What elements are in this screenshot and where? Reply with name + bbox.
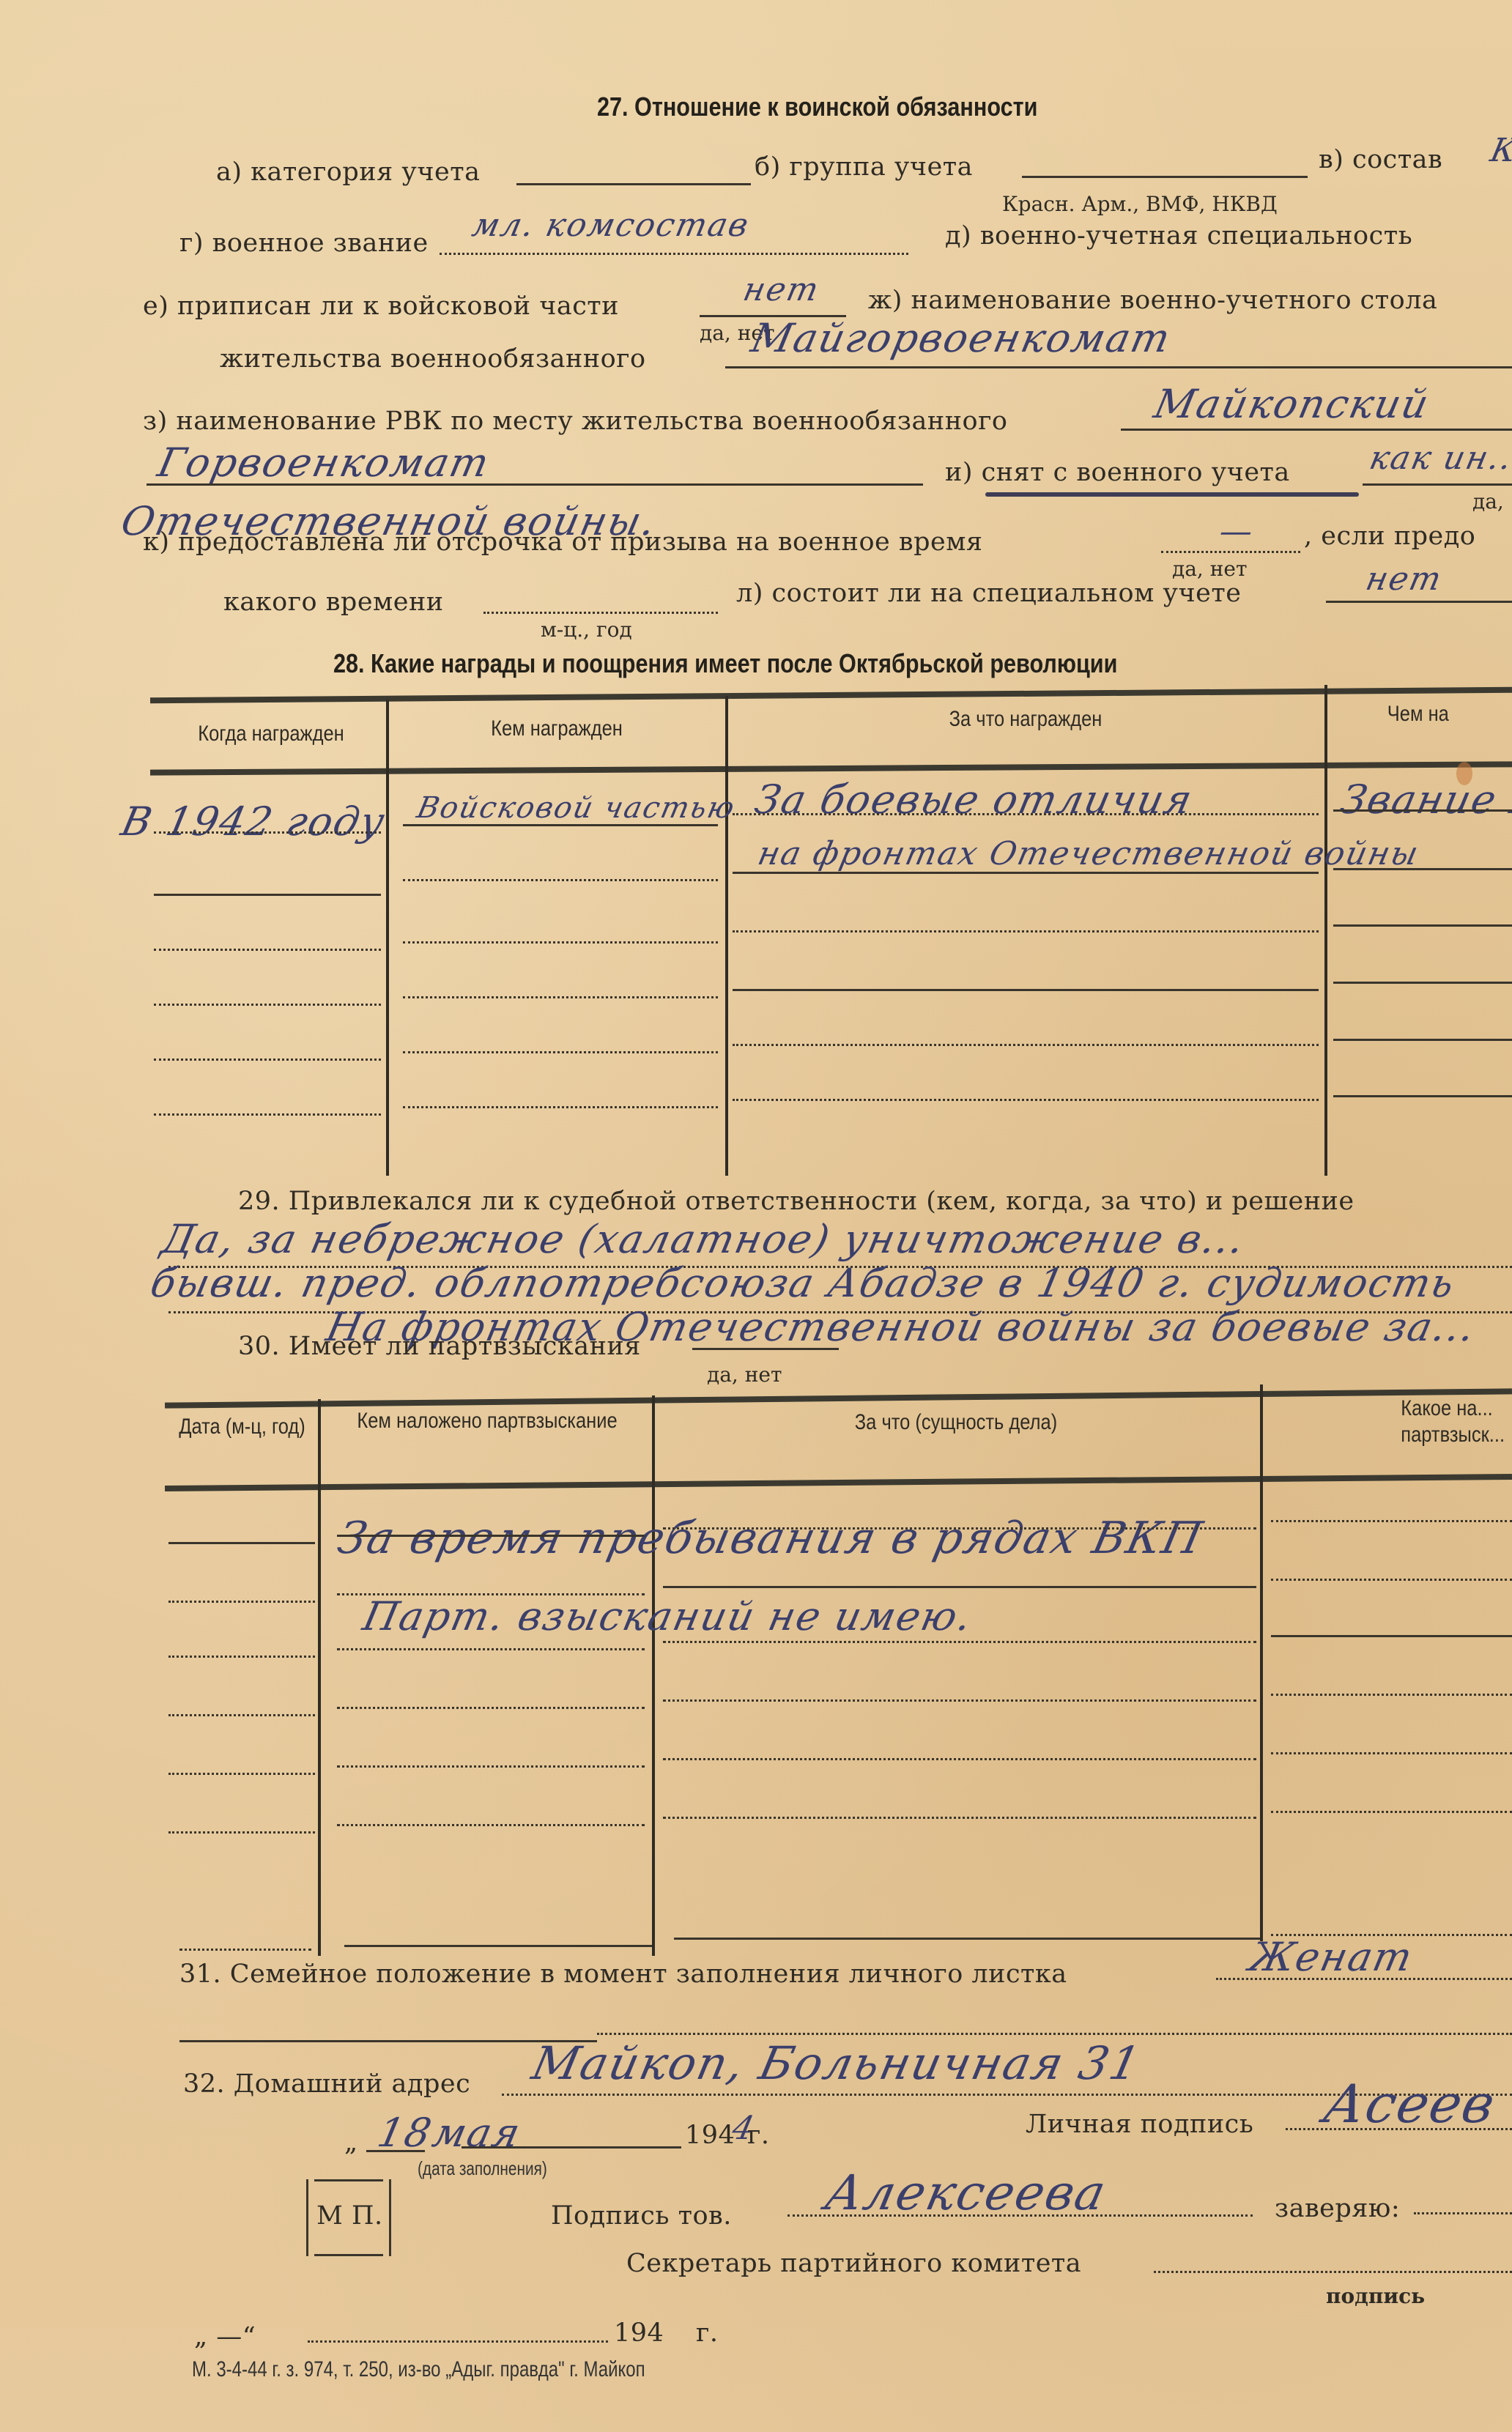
label-deferment: к) предоставлена ли отсрочка от призыва …	[143, 527, 983, 557]
label-military-desk: ж) наименование военно-учетного стола	[868, 286, 1437, 315]
document-page: 27. Отношение к воинской обязанности а) …	[0, 0, 1512, 2432]
value-signature-tov: Алексеева	[820, 2165, 1112, 2221]
table-30-top-rule	[165, 1388, 1512, 1408]
caption-party-penalties: да, нет	[707, 1363, 782, 1387]
label-certify: заверяю:	[1275, 2194, 1400, 2223]
blank-date-year: 194	[614, 2318, 664, 2348]
date-suffix: г.	[747, 2121, 769, 2150]
table-30-col-divider-2	[652, 1395, 655, 1956]
table-28-header-award: Чем на	[1387, 702, 1502, 727]
table-30-rowline	[663, 1758, 1256, 1760]
stamp-label: М П.	[316, 2201, 383, 2231]
table-28-col-divider-1	[386, 700, 389, 1176]
table-28-rowline	[154, 1059, 381, 1061]
caption-since-when: м-ц., год	[541, 618, 632, 642]
field-rvk-line2[interactable]	[147, 483, 923, 486]
table-28-rowline	[733, 989, 1319, 991]
table-28-rowline	[154, 1113, 381, 1116]
section-29-title: 29. Привлекался ли к судебной ответствен…	[238, 1187, 1354, 1216]
table-28-rowline	[154, 894, 381, 896]
table-30-header-date: Дата (м-ц, год)	[178, 1414, 305, 1440]
section-31-line2b	[597, 2033, 1512, 2035]
table-28-top-rule	[150, 687, 1512, 704]
table-28-rowline	[154, 1004, 381, 1006]
table-30-rowline	[663, 1817, 1256, 1819]
field-deferment[interactable]	[1161, 551, 1300, 553]
value-deferment: —	[1216, 513, 1258, 550]
label-group: б) группа учета	[755, 152, 973, 182]
value-unit-assigned: нет	[740, 271, 823, 308]
handwritten-underline	[985, 492, 1359, 497]
label-personal-signature: Личная подпись	[1026, 2110, 1253, 2139]
caption-deferment: да, нет	[1172, 557, 1247, 581]
section-29-answer-line2: бывш. пред. облпотребсоюза Абадзе в 1940…	[147, 1260, 1459, 1306]
table-30-rowline	[337, 1648, 645, 1650]
value-family-status: Женат	[1245, 1934, 1417, 1980]
table-30-rowline	[663, 1699, 1256, 1702]
label-party-secretary: Секретарь партийного комитета	[626, 2249, 1081, 2278]
caption-signature: подпись	[1326, 2284, 1425, 2308]
table-28-cell-award: Звание К	[1337, 776, 1512, 823]
field-certify[interactable]	[1414, 2212, 1512, 2214]
print-info: М. 3-4-44 г. з. 974, т. 250, из-во „Адыг…	[192, 2357, 645, 2382]
table-30-rowline	[1271, 1520, 1512, 1522]
table-28-rowline	[1333, 868, 1512, 870]
label-rvk: з) наименование РВК по месту жительства …	[143, 407, 1008, 436]
field-military-desk[interactable]	[725, 366, 1512, 368]
label-deferment-tail: , если предо	[1304, 522, 1475, 551]
table-30-rowline	[168, 1656, 315, 1658]
table-30-rowline	[1271, 1635, 1512, 1637]
section-32-title: 32. Домашний адрес	[183, 2069, 470, 2099]
table-30-rowline	[337, 1707, 645, 1709]
table-30-rowline	[663, 1641, 1256, 1643]
table-30-rowline	[168, 1601, 315, 1603]
table-28-rowline	[1333, 982, 1512, 984]
table-30-answer-line2: Парт. взысканий не имею.	[359, 1593, 977, 1639]
table-28-rowline	[733, 930, 1319, 933]
table-30-rowline	[168, 1714, 315, 1716]
table-28-cell-by-whom: Войсковой частью	[414, 791, 738, 825]
caption-sostav: Красн. Арм., ВМФ, НКВД	[1002, 192, 1278, 216]
date-year-prefix: 194	[685, 2121, 735, 2150]
value-special-registry: нет	[1363, 560, 1446, 598]
table-28-cell-for-what-line2: на фронтах Отечественной войны	[755, 835, 1423, 872]
label-unit-assigned: е) приписан ли к войсковой части	[143, 292, 619, 321]
table-30-rowline	[663, 1527, 1256, 1530]
label-since-when: какого времени	[223, 587, 444, 617]
table-30-rowline	[1271, 1694, 1512, 1696]
field-category[interactable]	[516, 183, 751, 185]
field-rank[interactable]	[440, 253, 908, 255]
field-date-month[interactable]	[462, 2146, 681, 2149]
table-28-header-when: Когда награжден	[171, 722, 371, 746]
table-30-rowline	[179, 1949, 311, 1951]
value-sostav: К	[1487, 132, 1512, 169]
table-28-col-divider-2	[725, 696, 728, 1176]
table-30-rowline	[1271, 1811, 1512, 1813]
table-30-col-divider-3	[1260, 1384, 1263, 1941]
table-28-cell-when: В 1942 году	[117, 798, 390, 845]
field-rvk[interactable]	[1121, 429, 1512, 431]
table-30-answer-line1: За время пребывания в рядах ВКП	[333, 1513, 1208, 1564]
table-28-rowline	[1333, 809, 1512, 812]
section-31-title: 31. Семейное положение в момент заполнен…	[179, 1960, 1067, 1989]
table-28-rowline	[1333, 1095, 1512, 1097]
table-28-rowline	[733, 1044, 1319, 1046]
table-30-rowline	[344, 1945, 652, 1947]
label-sostav: в) состав	[1319, 145, 1442, 174]
table-28-header-rule	[150, 761, 1512, 775]
blank-date-quote: „ —“	[194, 2322, 256, 2351]
field-since-when[interactable]	[483, 612, 718, 614]
label-deregistered: и) снят с военного учета	[945, 458, 1290, 487]
table-28-rowline	[1333, 924, 1512, 927]
table-28-rowline	[733, 813, 1319, 815]
table-28-rowline	[733, 872, 1319, 874]
label-category: а) категория учета	[216, 157, 481, 187]
table-30-rowline	[1271, 1579, 1512, 1581]
field-party-penalties[interactable]	[692, 1348, 839, 1350]
table-28-rowline	[154, 831, 381, 834]
table-30-header-rule	[165, 1474, 1512, 1491]
table-28-rowline	[1333, 1039, 1512, 1041]
table-30-rowline	[168, 1542, 315, 1544]
table-30-rowline	[168, 1773, 315, 1775]
value-military-desk: Майгорвоенкомат	[747, 315, 1175, 361]
section-30-title: 30. Имеет ли партвзыскания	[238, 1332, 641, 1361]
section-29-answer-line1: Да, за небрежное (халатное) уничтожение …	[157, 1216, 1250, 1262]
table-30-rowline	[168, 1831, 315, 1834]
section-31-line2	[179, 2040, 597, 2042]
table-28-rowline	[403, 1106, 718, 1108]
table-30-col-divider-1	[318, 1399, 321, 1956]
table-28-rowline	[154, 949, 381, 951]
table-30-rowline	[1271, 1752, 1512, 1754]
table-30-rowline	[674, 1938, 1260, 1940]
value-home-address: Майкоп, Больничная 31	[527, 2036, 1146, 2090]
caption-deregistered: да,	[1472, 489, 1504, 514]
table-30-rowline	[337, 1824, 645, 1826]
table-28-rowline	[403, 1051, 718, 1053]
field-special-registry[interactable]	[1326, 601, 1512, 603]
value-personal-signature: Асеев	[1319, 2073, 1502, 2135]
table-30-rowline	[337, 1535, 645, 1537]
table-28-rowline	[403, 879, 718, 881]
label-rank: г) военное звание	[179, 229, 429, 258]
label-special-registry: л) состоит ли на специальном учете	[736, 579, 1241, 608]
section-27-title: 27. Отношение к воинской обязанности	[597, 92, 1037, 122]
date-open-quote: „	[344, 2128, 358, 2157]
field-deregistered[interactable]	[1363, 483, 1512, 486]
table-30-header-by-whom: Кем наложено партвзыскание	[347, 1408, 628, 1434]
field-group[interactable]	[1022, 176, 1308, 178]
table-28-rowline	[403, 941, 718, 943]
value-date-day: 18	[374, 2110, 437, 2156]
table-30-rowline	[663, 1586, 1256, 1588]
table-30-rowline	[337, 1765, 645, 1768]
table-28-col-divider-3	[1324, 685, 1327, 1176]
value-deregistered: как ин... Отечественной войны.	[1366, 440, 1512, 477]
table-28-rowline	[403, 824, 718, 826]
label-residence: жительства военнообязанного	[220, 344, 646, 374]
value-rvk: Майкопский	[1150, 381, 1434, 427]
table-30-rowline	[337, 1593, 645, 1595]
field-date-day[interactable]	[366, 2150, 425, 2152]
table-28-rowline	[403, 996, 718, 998]
caption-date-filled: (дата заполнения)	[418, 2157, 547, 2180]
blank-date-suffix: г.	[696, 2318, 718, 2348]
value-date-month: мая	[429, 2110, 525, 2156]
value-rank: мл. комсостав	[469, 207, 753, 244]
table-28-header-for-what: За что награжден	[774, 707, 1278, 732]
table-28-header-by-whom: Кем награжден	[414, 716, 700, 741]
section-28-title: 28. Какие награды и поощрения имеет посл…	[333, 648, 1117, 679]
label-signature-tov: Подпись тов.	[551, 2201, 732, 2231]
table-28-cell-for-what: За боевые отличия	[751, 776, 1197, 823]
field-blank-date[interactable]	[308, 2340, 608, 2343]
table-30-header-penalty: Какое на... партвзыск...	[1401, 1395, 1502, 1448]
field-party-secretary-signature[interactable]	[1154, 2271, 1512, 2273]
table-30-header-reason: За что (сущность дела)	[701, 1410, 1212, 1435]
label-specialty: д) военно-учетная специальность	[945, 221, 1412, 251]
value-rvk-line2: Горвоенкомат	[154, 440, 494, 486]
ink-stain	[1456, 762, 1472, 785]
table-28-rowline	[733, 1099, 1319, 1101]
